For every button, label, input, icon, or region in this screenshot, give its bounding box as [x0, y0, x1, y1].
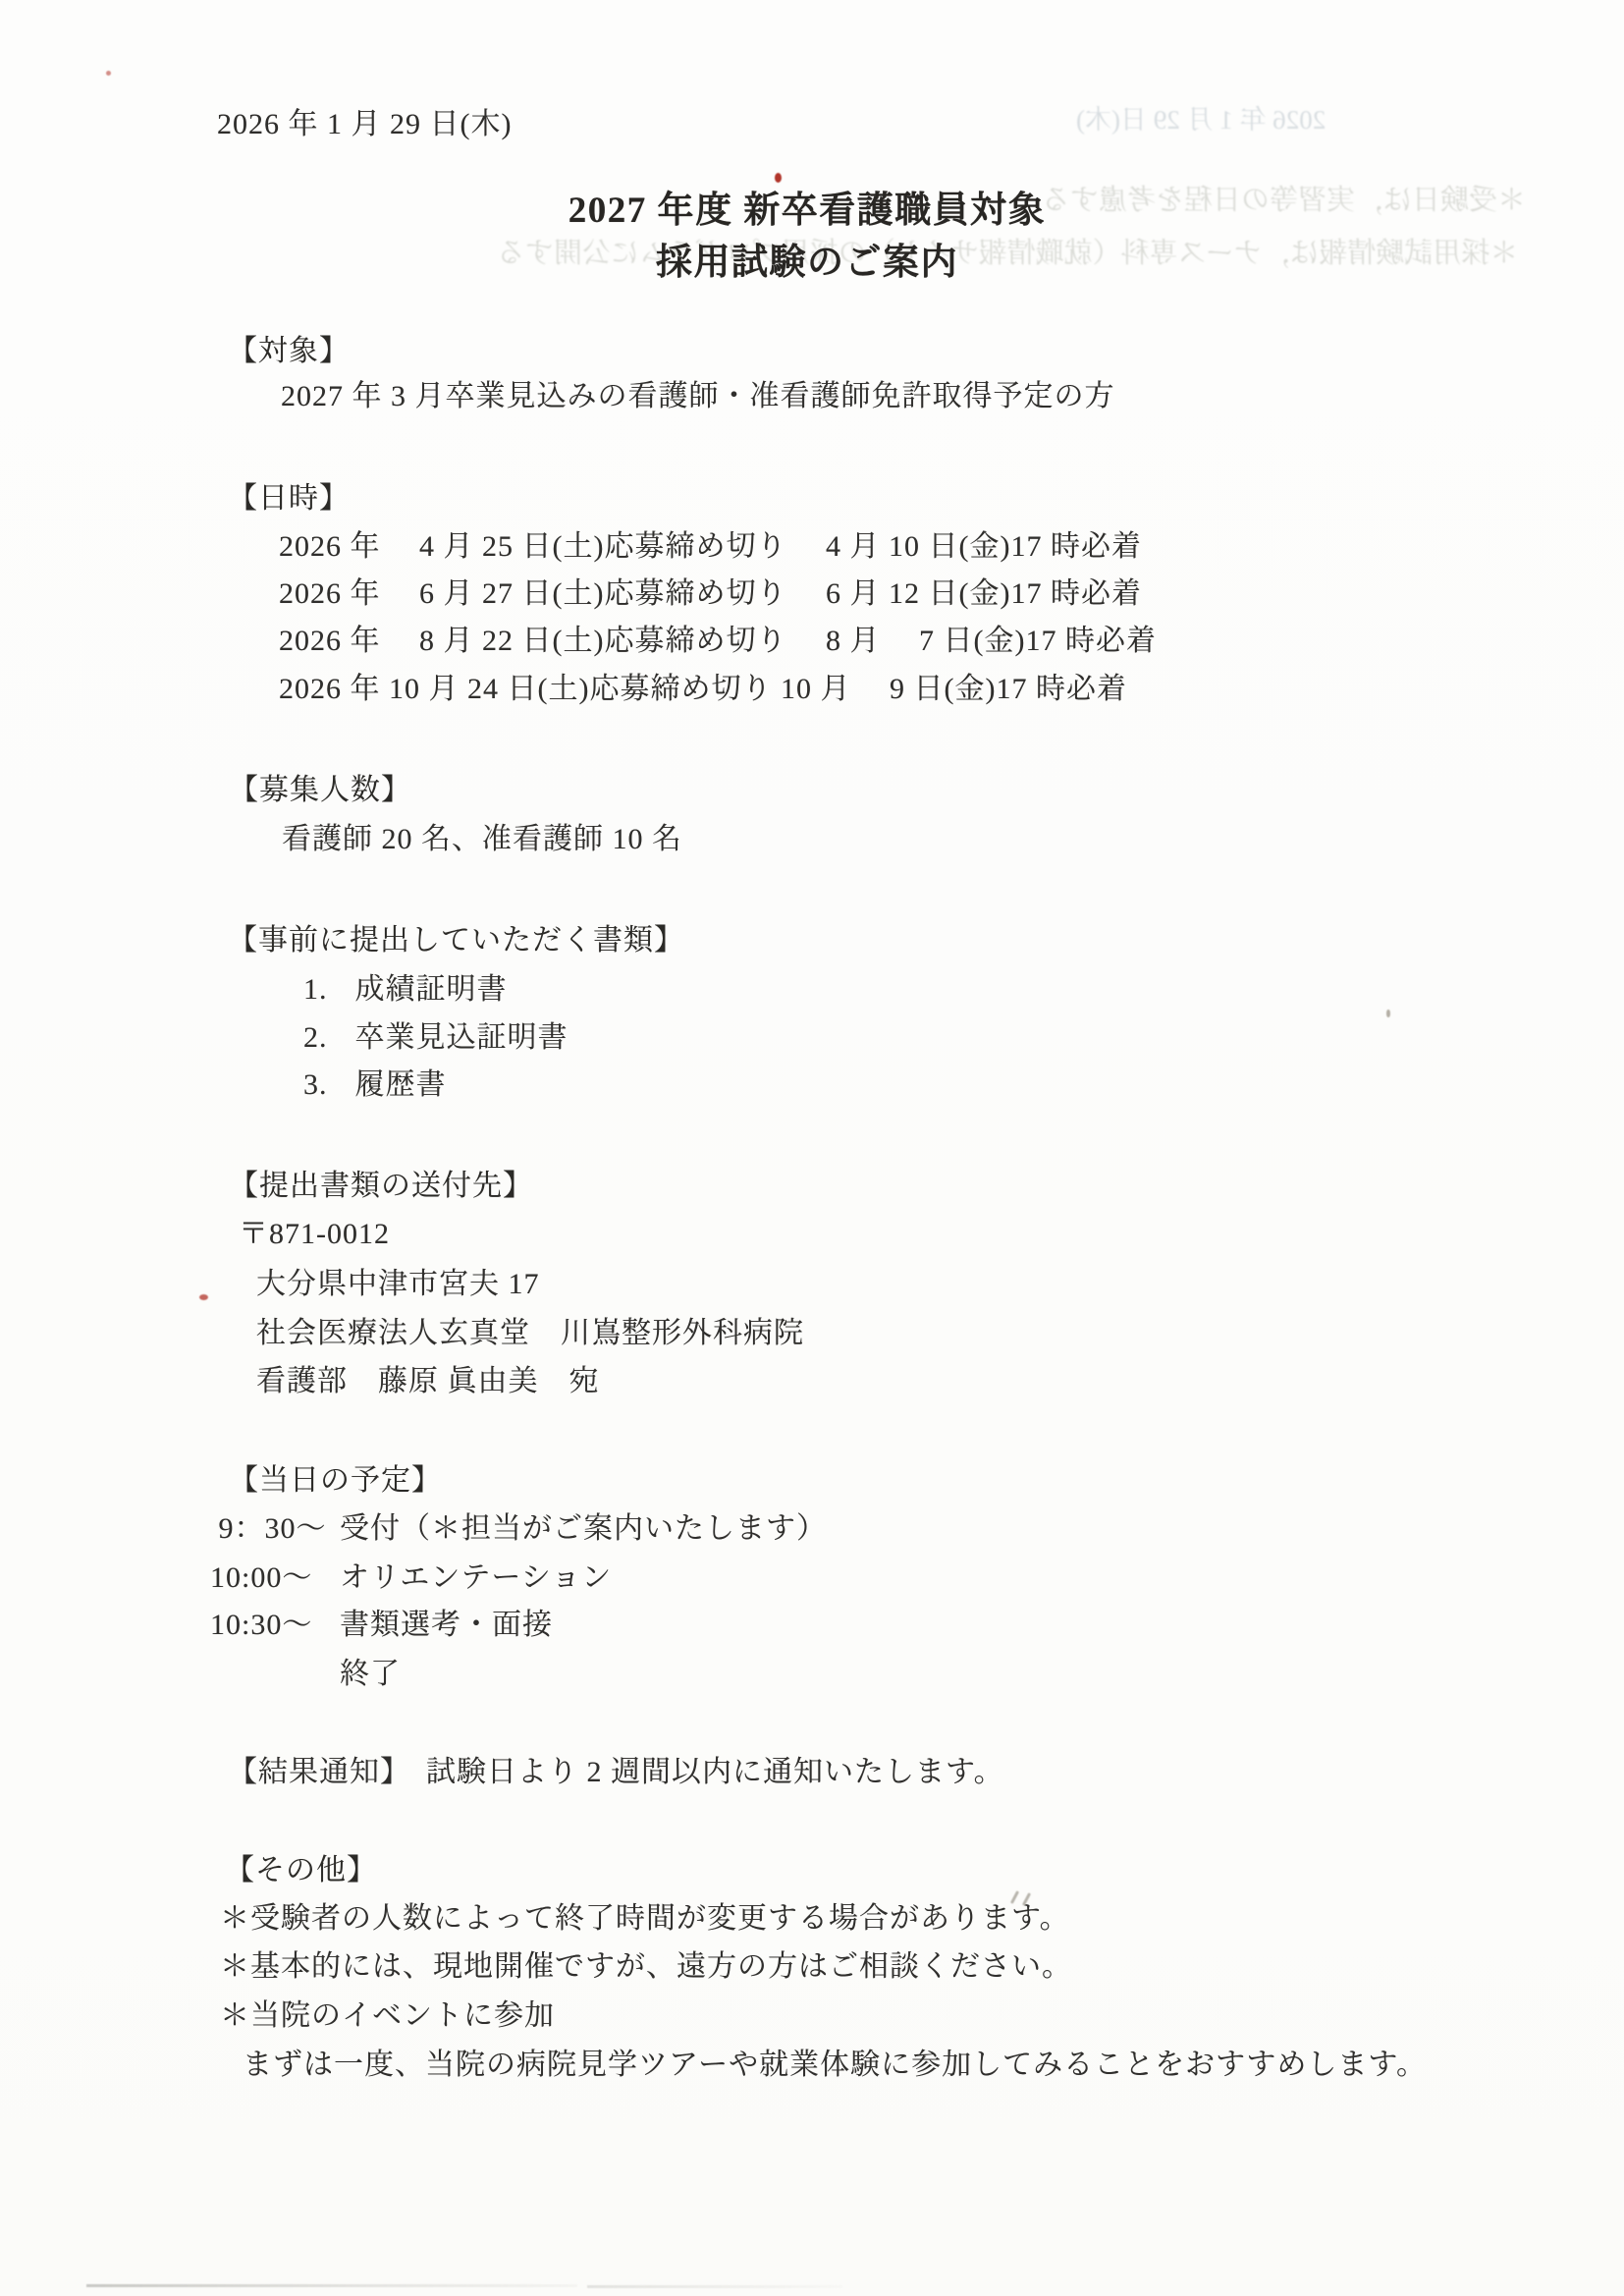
section-heading-documents: 【事前に提出していただく書類】 [228, 924, 684, 958]
postal-code: 〒871-0012 [239, 1218, 390, 1252]
document-item: 2.卒業見込証明書 [303, 1021, 568, 1056]
schedule-row: 2026 年 8 月 22 日(土)応募締め切り 8 月 7 日(金)17 時必… [279, 625, 1157, 659]
schedule-row: 2026 年 6 月 27 日(土)応募締め切り 6 月 12 日(金)17 時… [279, 577, 1142, 612]
scan-artifact-speck [1386, 1010, 1390, 1017]
scan-artifact-red-dot [199, 1294, 208, 1300]
day-plan-time: 9：30～ [210, 1512, 327, 1547]
capacity-body: 看護師 20 名、准看護師 10 名 [282, 823, 682, 857]
other-followup: まずは一度、当院の病院見学ツアーや就業体験に参加してみることをおすすめします。 [243, 2049, 1427, 2083]
day-plan-activity: 書類選考・面接 [340, 1609, 553, 1643]
day-plan-activity: 終了 [340, 1658, 401, 1692]
day-plan-activity: オリエンテーション [340, 1561, 612, 1596]
schedule-row: 2026 年 4 月 25 日(土)応募締め切り 4 月 10 日(金)17 時… [279, 530, 1142, 565]
target-body: 2027 年 3 月卒業見込みの看護師・准看護師免許取得予定の方 [281, 380, 1115, 414]
document-item: 1.成績証明書 [303, 973, 508, 1008]
other-note: ＊基本的には、現地開催ですが、遠方の方はご相談ください。 [220, 1950, 1072, 1985]
scan-artifact-bottom-edge [86, 2284, 577, 2287]
scan-artifact-bottom-edge [587, 2285, 842, 2288]
document-item-label: 履歴書 [355, 1068, 447, 1101]
other-note: ＊受験者の人数によって終了時間が変更する場合があります。 [220, 1902, 1070, 1937]
address-line: 看護部 藤原 眞由美 宛 [256, 1365, 600, 1399]
document-item-label: 成績証明書 [355, 973, 508, 1006]
document-title-line1: 2027 年度 新卒看護職員対象 [0, 180, 1614, 233]
section-heading-day-plan: 【当日の予定】 [229, 1464, 442, 1499]
document-date: 2026 年 1 月 29 日(木) [217, 108, 512, 142]
section-heading-capacity: 【募集人数】 [229, 774, 411, 808]
bleed-through-date: 2026 年 1 月 29 日(木) [1076, 107, 1326, 134]
address-line: 大分県中津市宮夫 17 [256, 1268, 540, 1302]
section-heading-mailing-address: 【提出書類の送付先】 [229, 1170, 533, 1204]
scan-artifact-red-dot [106, 71, 111, 76]
document-item-number: 3. [303, 1068, 328, 1101]
section-heading-other: 【その他】 [225, 1854, 377, 1888]
day-plan-time: 10:00～ [210, 1561, 312, 1596]
other-note: ＊当院のイベントに参加 [220, 1999, 555, 2034]
document-item: 3.履歴書 [303, 1068, 447, 1103]
address-line: 社会医療法人玄真堂 川嶌整形外科病院 [256, 1317, 804, 1351]
document-item-label: 卒業見込証明書 [355, 1021, 568, 1054]
section-heading-schedule: 【日時】 [228, 482, 350, 517]
result-notice-line: 【結果通知】 試験日より 2 週間以内に通知いたします。 [228, 1756, 1004, 1790]
document-item-number: 1. [303, 973, 328, 1006]
day-plan-time: 10:30～ [210, 1609, 312, 1643]
document-item-number: 2. [303, 1021, 328, 1054]
section-heading-target: 【対象】 [228, 335, 350, 369]
document-title-line2: 採用試験のご案内 [0, 232, 1614, 285]
day-plan-activity: 受付（＊担当がご案内いたします） [340, 1512, 827, 1547]
schedule-row: 2026 年 10 月 24 日(土)応募締め切り 10 月 9 日(金)17 … [279, 673, 1127, 707]
scanned-document-page: 2026 年 1 月 29 日(木) ＊受験日は，実習等の日程を考慮する ＊採用… [0, 0, 1624, 2296]
